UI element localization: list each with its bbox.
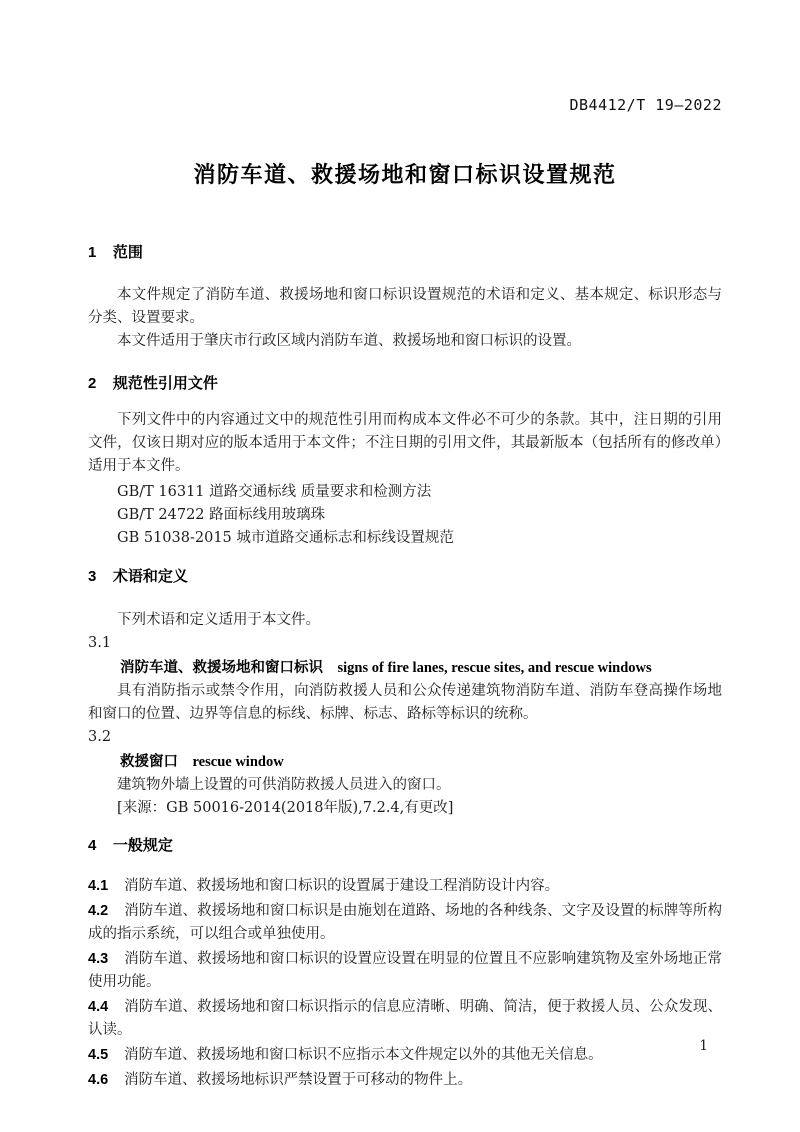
clause-text: 消防车道、救援场地和窗口标识的设置应设置在明显的位置且不应影响建筑物及室外场地正… (88, 951, 722, 990)
paragraph: 本文件规定了消防车道、救援场地和窗口标识设置规范的术语和定义、基本规定、标识形态… (88, 284, 722, 330)
doc-number: DB4412/T 19—2022 (88, 96, 722, 114)
term-number: 3.2 (88, 726, 722, 749)
clause-text: 消防车道、救援场地和窗口标识指示的信息应清晰、明确、简洁，便于救援人员、公众发现… (88, 999, 722, 1038)
term-entry: 3.2 救援窗口rescue window 建筑物外墙上设置的可供消防救援人员进… (88, 726, 722, 820)
section-number: 3 (88, 567, 96, 587)
clause-text: 消防车道、救援场地和窗口标识不应指示本文件规定以外的其他无关信息。 (124, 1047, 603, 1063)
clause-number: 4.4 (88, 999, 108, 1015)
paragraph: 下列术语和定义适用于本文件。 (88, 609, 722, 632)
paragraph: 下列文件中的内容通过文中的规范性引用而构成本文件必不可少的条款。其中，注日期的引… (88, 409, 722, 478)
section-heading: 4一般规定 (88, 836, 722, 856)
document-title: 消防车道、救援场地和窗口标识设置规范 (88, 158, 722, 189)
clause: 4.1消防车道、救援场地和窗口标识的设置属于建设工程消防设计内容。 (88, 875, 722, 898)
clause: 4.3消防车道、救援场地和窗口标识的设置应设置在明显的位置且不应影响建筑物及室外… (88, 948, 722, 994)
reference-item: GB 51038-2015 城市道路交通标志和标线设置规范 (88, 527, 722, 550)
document-page: DB4412/T 19—2022 消防车道、救援场地和窗口标识设置规范 1范围 … (0, 0, 800, 1132)
section-title: 术语和定义 (113, 568, 188, 585)
term-name-line: 消防车道、救援场地和窗口标识signs of fire lanes, rescu… (88, 655, 722, 680)
term-name-zh: 消防车道、救援场地和窗口标识 (120, 660, 323, 676)
section-number: 1 (88, 243, 96, 263)
term-name-en: signs of fire lanes, rescue sites, and r… (338, 660, 652, 676)
clause-text: 消防车道、救援场地和窗口标识的设置属于建设工程消防设计内容。 (124, 878, 559, 894)
clause-number: 4.3 (88, 951, 108, 967)
page-number: 1 (699, 1038, 708, 1054)
clause-number: 4.1 (88, 878, 108, 894)
references-list: GB/T 16311 道路交通标线 质量要求和检测方法 GB/T 24722 路… (88, 481, 722, 550)
term-name-line: 救援窗口rescue window (88, 749, 722, 774)
clause-text: 消防车道、救援场地标识严禁设置于可移动的物件上。 (124, 1072, 472, 1088)
clause-number: 4.6 (88, 1072, 108, 1088)
clause: 4.4消防车道、救援场地和窗口标识指示的信息应清晰、明确、简洁，便于救援人员、公… (88, 996, 722, 1042)
clause-number: 4.2 (88, 903, 108, 919)
section-title: 范围 (113, 244, 143, 261)
clause: 4.5消防车道、救援场地和窗口标识不应指示本文件规定以外的其他无关信息。 (88, 1044, 722, 1067)
section-scope: 1范围 本文件规定了消防车道、救援场地和窗口标识设置规范的术语和定义、基本规定、… (88, 243, 722, 353)
section-heading: 1范围 (88, 243, 722, 263)
section-general-provisions: 4一般规定 4.1消防车道、救援场地和窗口标识的设置属于建设工程消防设计内容。 … (88, 836, 722, 1092)
term-name-en: rescue window (193, 754, 284, 770)
term-number: 3.1 (88, 632, 722, 655)
term-definition: 建筑物外墙上设置的可供消防救援人员进入的窗口。 (88, 774, 722, 797)
section-number: 4 (88, 836, 96, 856)
section-title: 一般规定 (113, 837, 173, 854)
term-definition: 具有消防指示或禁令作用，向消防救援人员和公众传递建筑物消防车道、消防车登高操作场… (88, 680, 722, 726)
clause: 4.2消防车道、救援场地和窗口标识是由施划在道路、场地的各种线条、文字及设置的标… (88, 900, 722, 946)
section-terms-definitions: 3术语和定义 下列术语和定义适用于本文件。 3.1 消防车道、救援场地和窗口标识… (88, 567, 722, 820)
section-normative-references: 2规范性引用文件 下列文件中的内容通过文中的规范性引用而构成本文件必不可少的条款… (88, 374, 722, 550)
clause-number: 4.5 (88, 1047, 108, 1063)
section-heading: 2规范性引用文件 (88, 374, 722, 394)
clause-text: 消防车道、救援场地和窗口标识是由施划在道路、场地的各种线条、文字及设置的标牌等所… (88, 903, 722, 942)
reference-item: GB/T 16311 道路交通标线 质量要求和检测方法 (88, 481, 722, 504)
section-title: 规范性引用文件 (113, 375, 218, 392)
section-heading: 3术语和定义 (88, 567, 722, 587)
term-name-zh: 救援窗口 (120, 754, 178, 770)
term-entry: 3.1 消防车道、救援场地和窗口标识signs of fire lanes, r… (88, 632, 722, 726)
paragraph: 本文件适用于肇庆市行政区域内消防车道、救援场地和窗口标识的设置。 (88, 330, 722, 353)
term-source: [来源：GB 50016-2014(2018年版),7.2.4,有更改] (88, 797, 722, 820)
section-number: 2 (88, 374, 96, 394)
clause: 4.6消防车道、救援场地标识严禁设置于可移动的物件上。 (88, 1069, 722, 1092)
reference-item: GB/T 24722 路面标线用玻璃珠 (88, 504, 722, 527)
